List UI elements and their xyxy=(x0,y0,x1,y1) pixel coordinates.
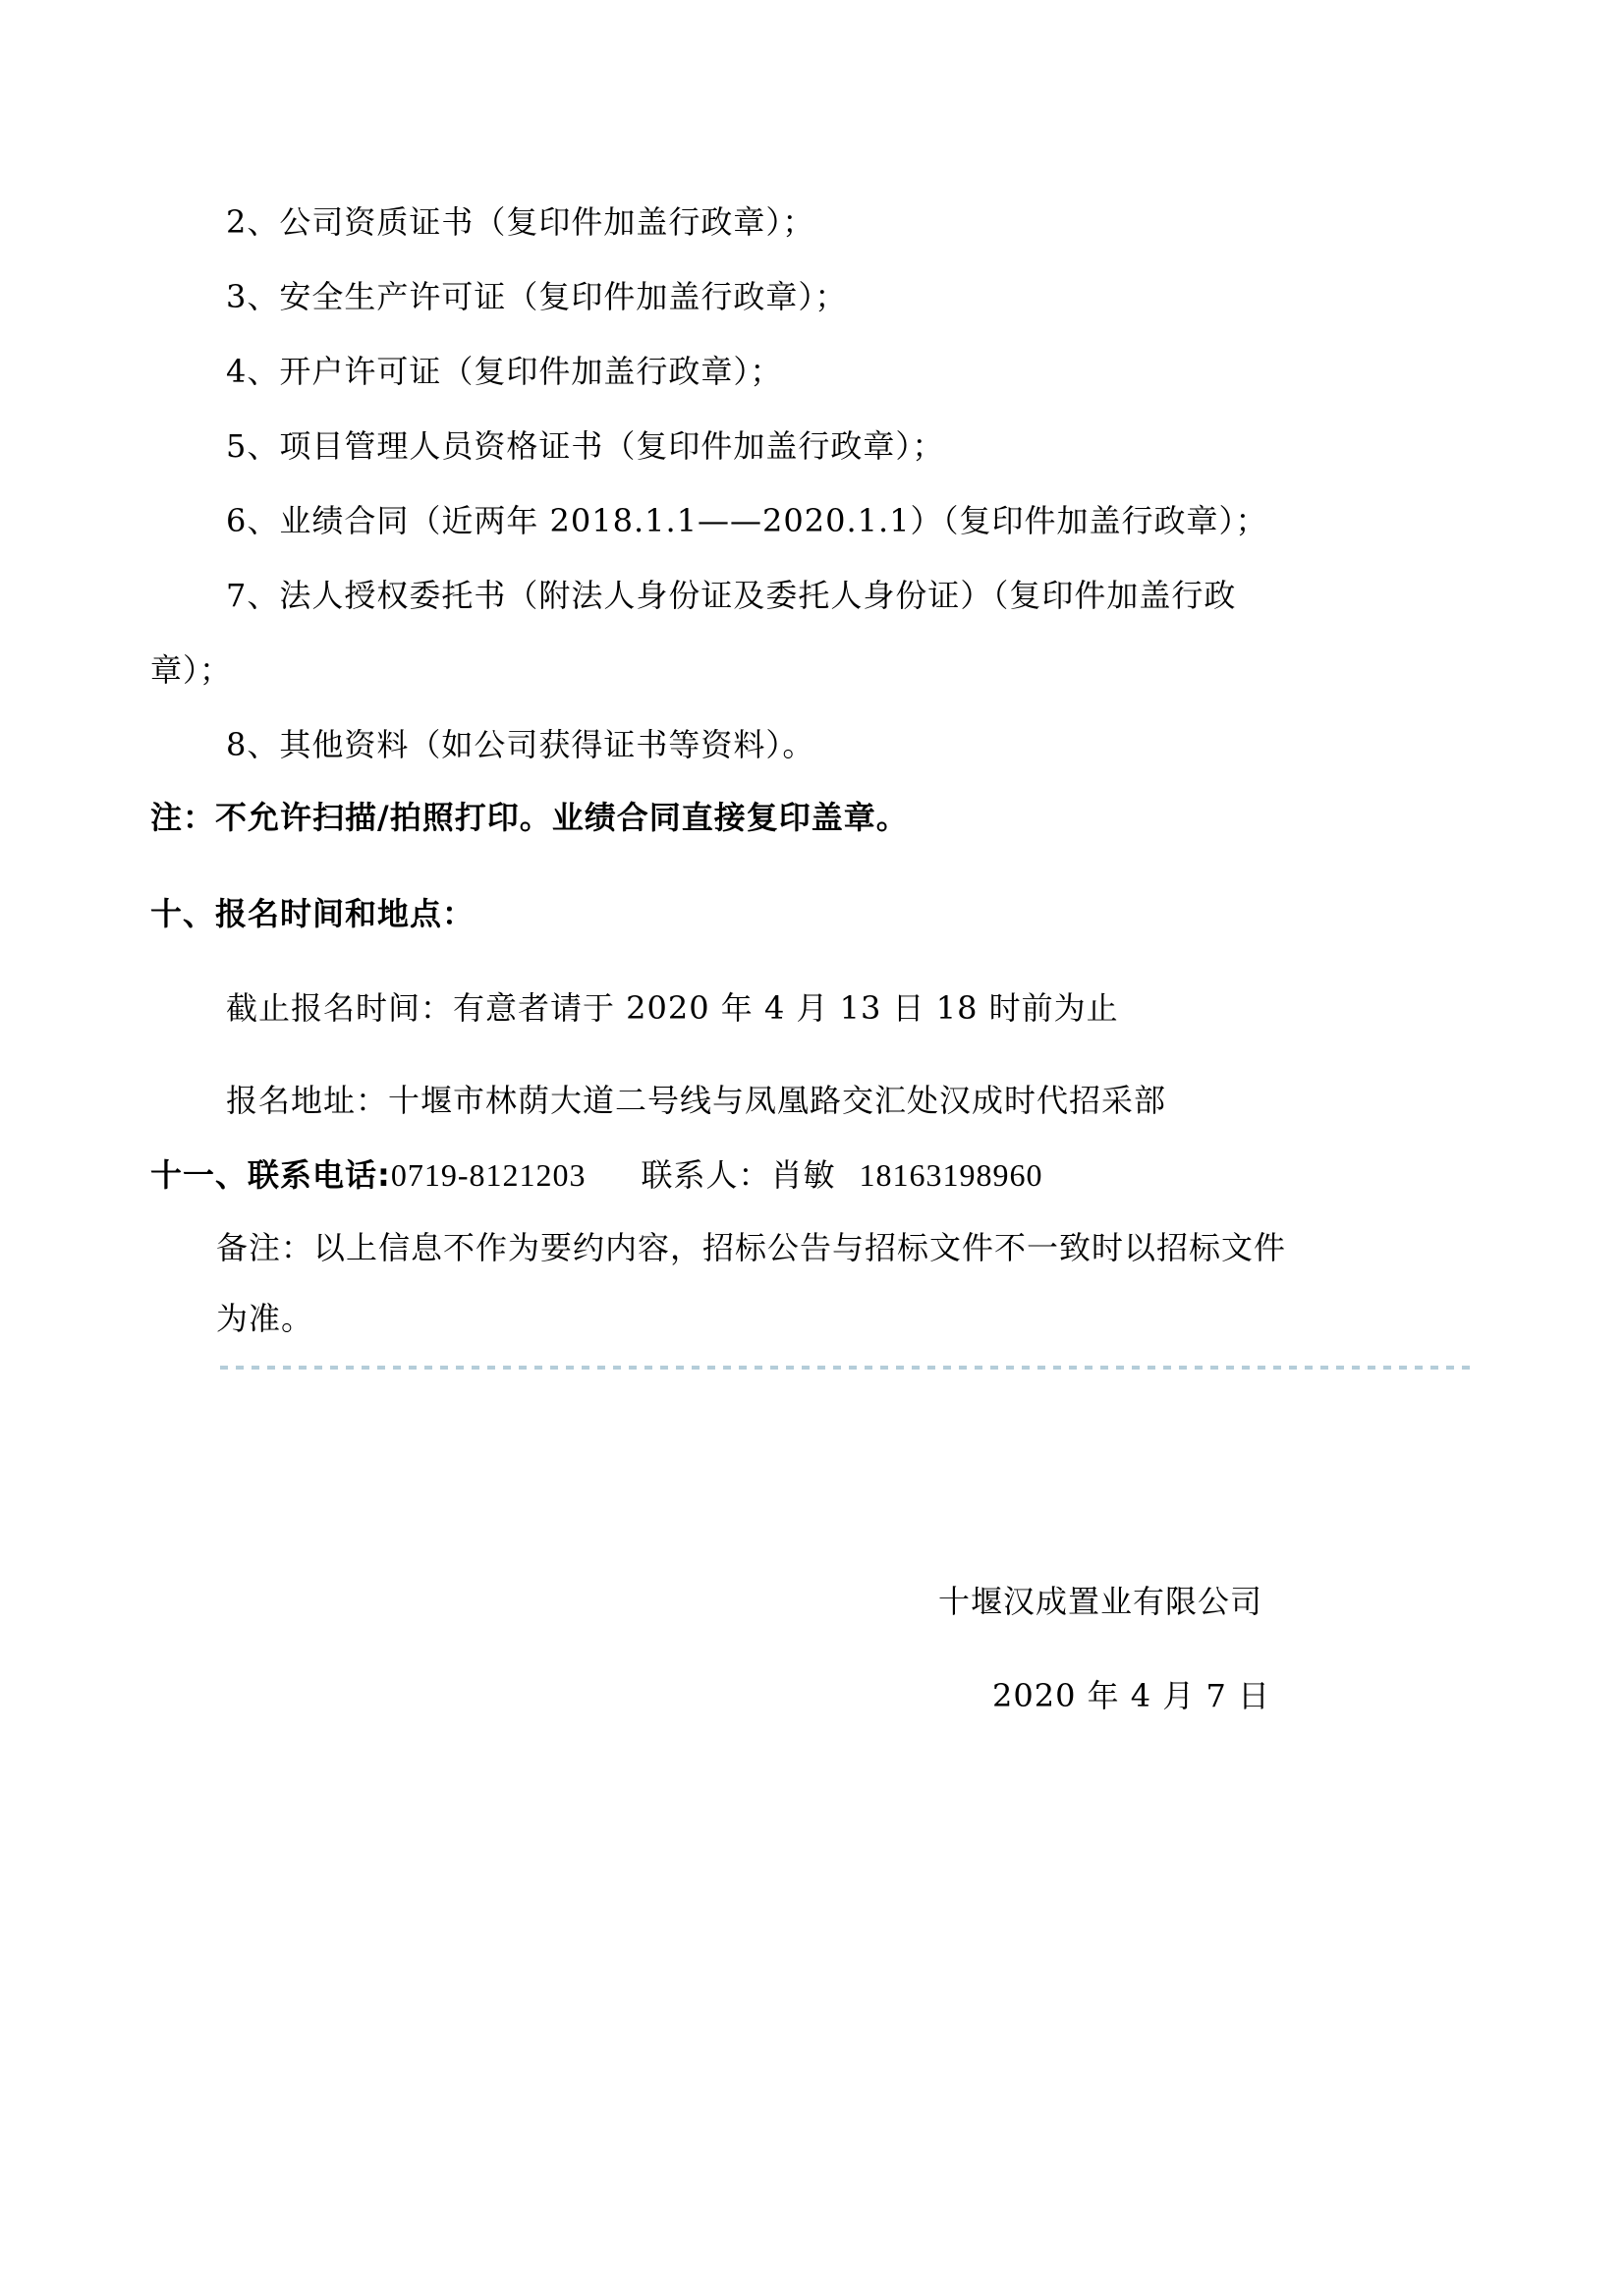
list-item-7: 7、法人授权委托书（附法人身份证及委托人身份证）（复印件加盖行政 xyxy=(226,576,1236,615)
remarks-line-2: 为准。 xyxy=(216,1299,313,1338)
list-item-text: 其他资料（如公司获得证书等资料）。 xyxy=(279,726,814,763)
contact-person: 联系人：肖敏 xyxy=(641,1156,835,1194)
signature-date: 2020 年 4 月 7 日 xyxy=(992,1676,1270,1715)
list-item-6: 6、业绩合同（近两年 2018.1.1——2020.1.1）（复印件加盖行政章）… xyxy=(226,501,1268,540)
note-text: 注：不允许扫描/拍照打印。业绩合同直接复印盖章。 xyxy=(150,798,909,837)
section-11-contact: 十一、联系电话:0719-8121203联系人：肖敏18163198960 xyxy=(150,1155,1042,1195)
list-item-number: 2、 xyxy=(226,203,279,241)
list-item-number: 3、 xyxy=(226,278,279,315)
list-item-number: 8、 xyxy=(226,726,279,763)
list-item-number: 7、 xyxy=(226,577,279,614)
list-item-text: 章）； xyxy=(150,651,232,689)
list-item-number: 4、 xyxy=(226,353,279,390)
list-item-4: 4、开户许可证（复印件加盖行政章）； xyxy=(226,352,782,391)
list-item-7-continuation: 章）； xyxy=(150,650,232,690)
list-item-number: 6、 xyxy=(226,502,279,539)
list-item-text: 安全生产许可证（复印件加盖行政章）； xyxy=(279,278,847,315)
list-item-5: 5、项目管理人员资格证书（复印件加盖行政章）； xyxy=(226,426,944,466)
list-item-8: 8、其他资料（如公司获得证书等资料）。 xyxy=(226,725,814,764)
remarks-line-1: 备注：以上信息不作为要约内容，招标公告与招标文件不一致时以招标文件 xyxy=(216,1228,1286,1267)
list-item-number: 5、 xyxy=(226,427,279,465)
signature-company: 十堰汉成置业有限公司 xyxy=(938,1582,1262,1621)
contact-phone-office: 0719-8121203 xyxy=(391,1157,587,1193)
list-item-3: 3、安全生产许可证（复印件加盖行政章）； xyxy=(226,277,847,316)
list-item-2: 2、公司资质证书（复印件加盖行政章）； xyxy=(226,202,814,242)
registration-address: 报名地址：十堰市林荫大道二号线与凤凰路交汇处汉成时代招采部 xyxy=(226,1081,1166,1120)
registration-deadline: 截止报名时间：有意者请于 2020 年 4 月 13 日 18 时前为止 xyxy=(226,988,1119,1028)
list-item-text: 开户许可证（复印件加盖行政章）； xyxy=(279,353,782,390)
contact-phone-mobile: 18163198960 xyxy=(859,1157,1042,1193)
section-11-heading: 十一、联系电话: xyxy=(150,1156,391,1194)
list-item-text: 公司资质证书（复印件加盖行政章）； xyxy=(279,203,814,241)
dashed-divider xyxy=(220,1366,1470,1370)
list-item-text: 项目管理人员资格证书（复印件加盖行政章）； xyxy=(279,427,944,465)
list-item-text: 业绩合同（近两年 2018.1.1——2020.1.1）（复印件加盖行政章）； xyxy=(279,502,1267,539)
list-item-text: 法人授权委托书（附法人身份证及委托人身份证）（复印件加盖行政 xyxy=(279,577,1236,614)
section-10-heading: 十、报名时间和地点： xyxy=(150,894,475,933)
